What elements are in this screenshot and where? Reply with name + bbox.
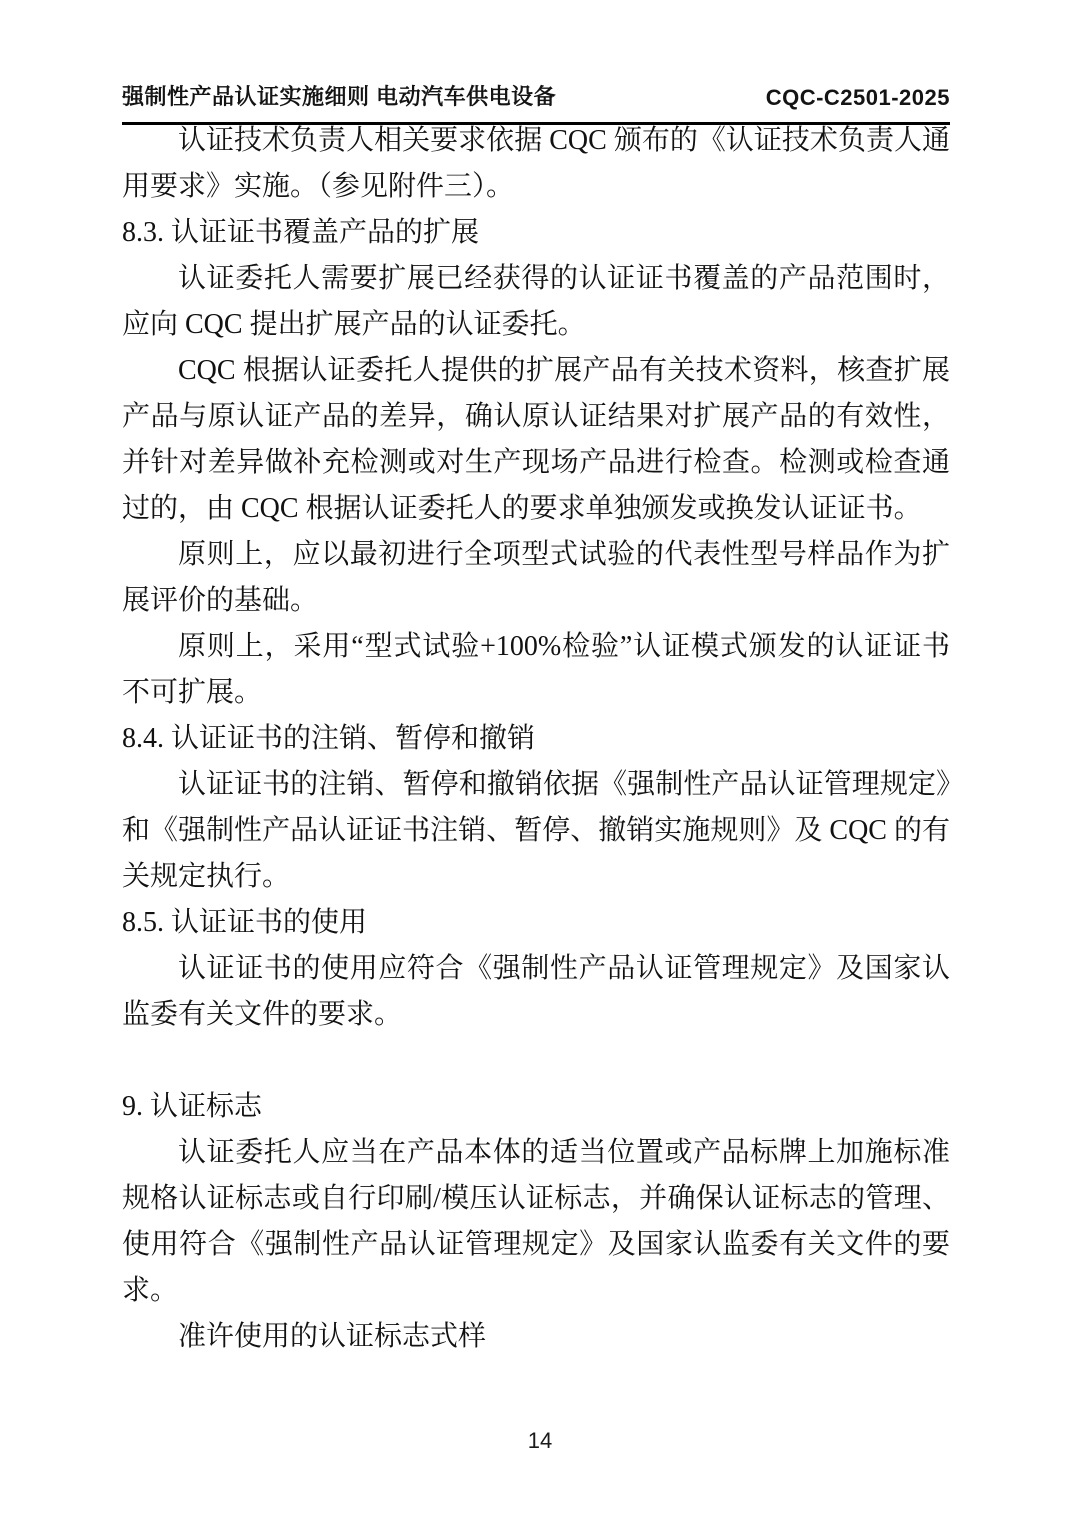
paragraph: 认证委托人应当在产品本体的适当位置或产品标牌上加施标准规格认证标志或自行印刷/模… — [122, 1130, 950, 1314]
document-body: 认证技术负责人相关要求依据 CQC 颁布的《认证技术负责人通用要求》实施。（参见… — [122, 118, 950, 1360]
paragraph: CQC 根据认证委托人提供的扩展产品有关技术资料，核查扩展产品与原认证产品的差异… — [122, 348, 950, 532]
section-heading: 8.4. 认证证书的注销、暂停和撤销 — [122, 716, 950, 762]
paragraph: 认证技术负责人相关要求依据 CQC 颁布的《认证技术负责人通用要求》实施。（参见… — [122, 118, 950, 210]
paragraph: 原则上，应以最初进行全项型式试验的代表性型号样品作为扩展评价的基础。 — [122, 532, 950, 624]
page-number: 14 — [528, 1428, 552, 1453]
header-document-title: 强制性产品认证实施细则 电动汽车供电设备 — [122, 80, 556, 111]
paragraph: 认证证书的注销、暂停和撤销依据《强制性产品认证管理规定》和《强制性产品认证证书注… — [122, 762, 950, 900]
paragraph: 准许使用的认证标志式样 — [122, 1314, 950, 1360]
page-footer: 14 — [0, 1428, 1080, 1454]
paragraph: 原则上，采用“型式试验+100%检验”认证模式颁发的认证证书不可扩展。 — [122, 624, 950, 716]
paragraph: 认证证书的使用应符合《强制性产品认证管理规定》及国家认监委有关文件的要求。 — [122, 946, 950, 1038]
section-heading: 8.3. 认证证书覆盖产品的扩展 — [122, 210, 950, 256]
header-document-code: CQC-C2501-2025 — [766, 85, 950, 111]
section-heading: 9. 认证标志 — [122, 1084, 950, 1130]
section-heading: 8.5. 认证证书的使用 — [122, 900, 950, 946]
paragraph: 认证委托人需要扩展已经获得的认证证书覆盖的产品范围时，应向 CQC 提出扩展产品… — [122, 256, 950, 348]
document-page: 强制性产品认证实施细则 电动汽车供电设备 CQC-C2501-2025 认证技术… — [0, 0, 1080, 1525]
